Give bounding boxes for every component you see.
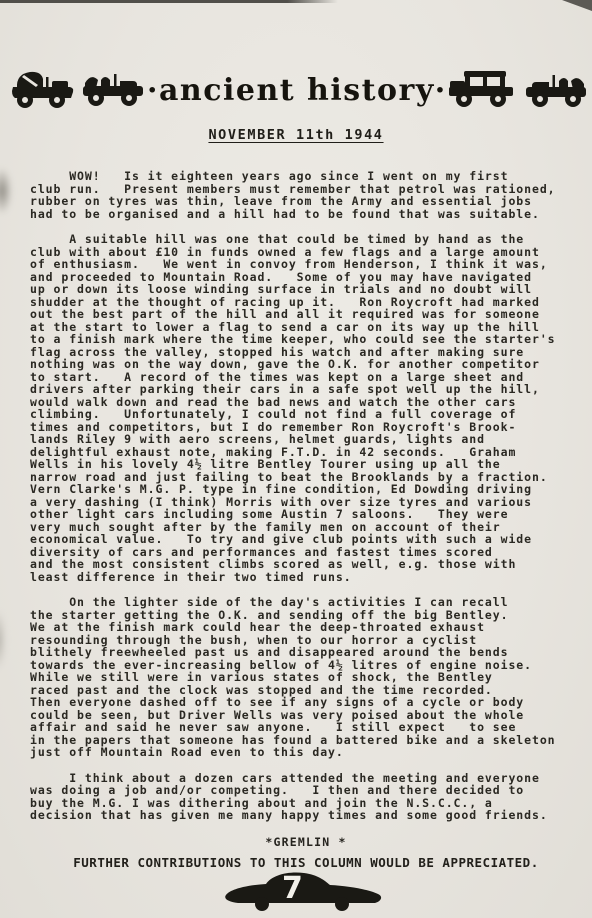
header-cars-right [447,66,588,114]
masthead: ·ancient history· [10,60,586,120]
scan-smudge [0,168,12,214]
article-body: WOW! Is it eighteen years ago since I we… [30,170,582,870]
race-car-icon: 7 [220,865,388,913]
vintage-car-tourer-icon [522,68,588,114]
paragraph: WOW! Is it eighteen years ago since I we… [30,170,582,220]
scan-artifact-top-edge [0,0,338,3]
signature: *GREMLIN * [30,835,582,849]
newsletter-page: ·ancient history· [0,0,592,918]
vintage-car-tourer-icon [81,67,147,113]
page-number: 7 [282,871,303,906]
paragraph: A suitable hill was one that could be ti… [30,233,582,583]
vintage-car-limousine-icon [447,66,517,114]
page-footer: 7 [0,865,592,913]
header-cars-left [10,67,147,113]
paragraph: I think about a dozen cars attended the … [30,772,582,822]
scan-smudge [0,610,6,670]
vintage-car-landau-icon [10,67,76,113]
scan-artifact-corner [562,0,592,11]
date-heading: NOVEMBER 11th 1944 [0,127,592,143]
column-title: ·ancient history· [147,73,447,108]
paragraph: On the lighter side of the day's activit… [30,596,582,759]
